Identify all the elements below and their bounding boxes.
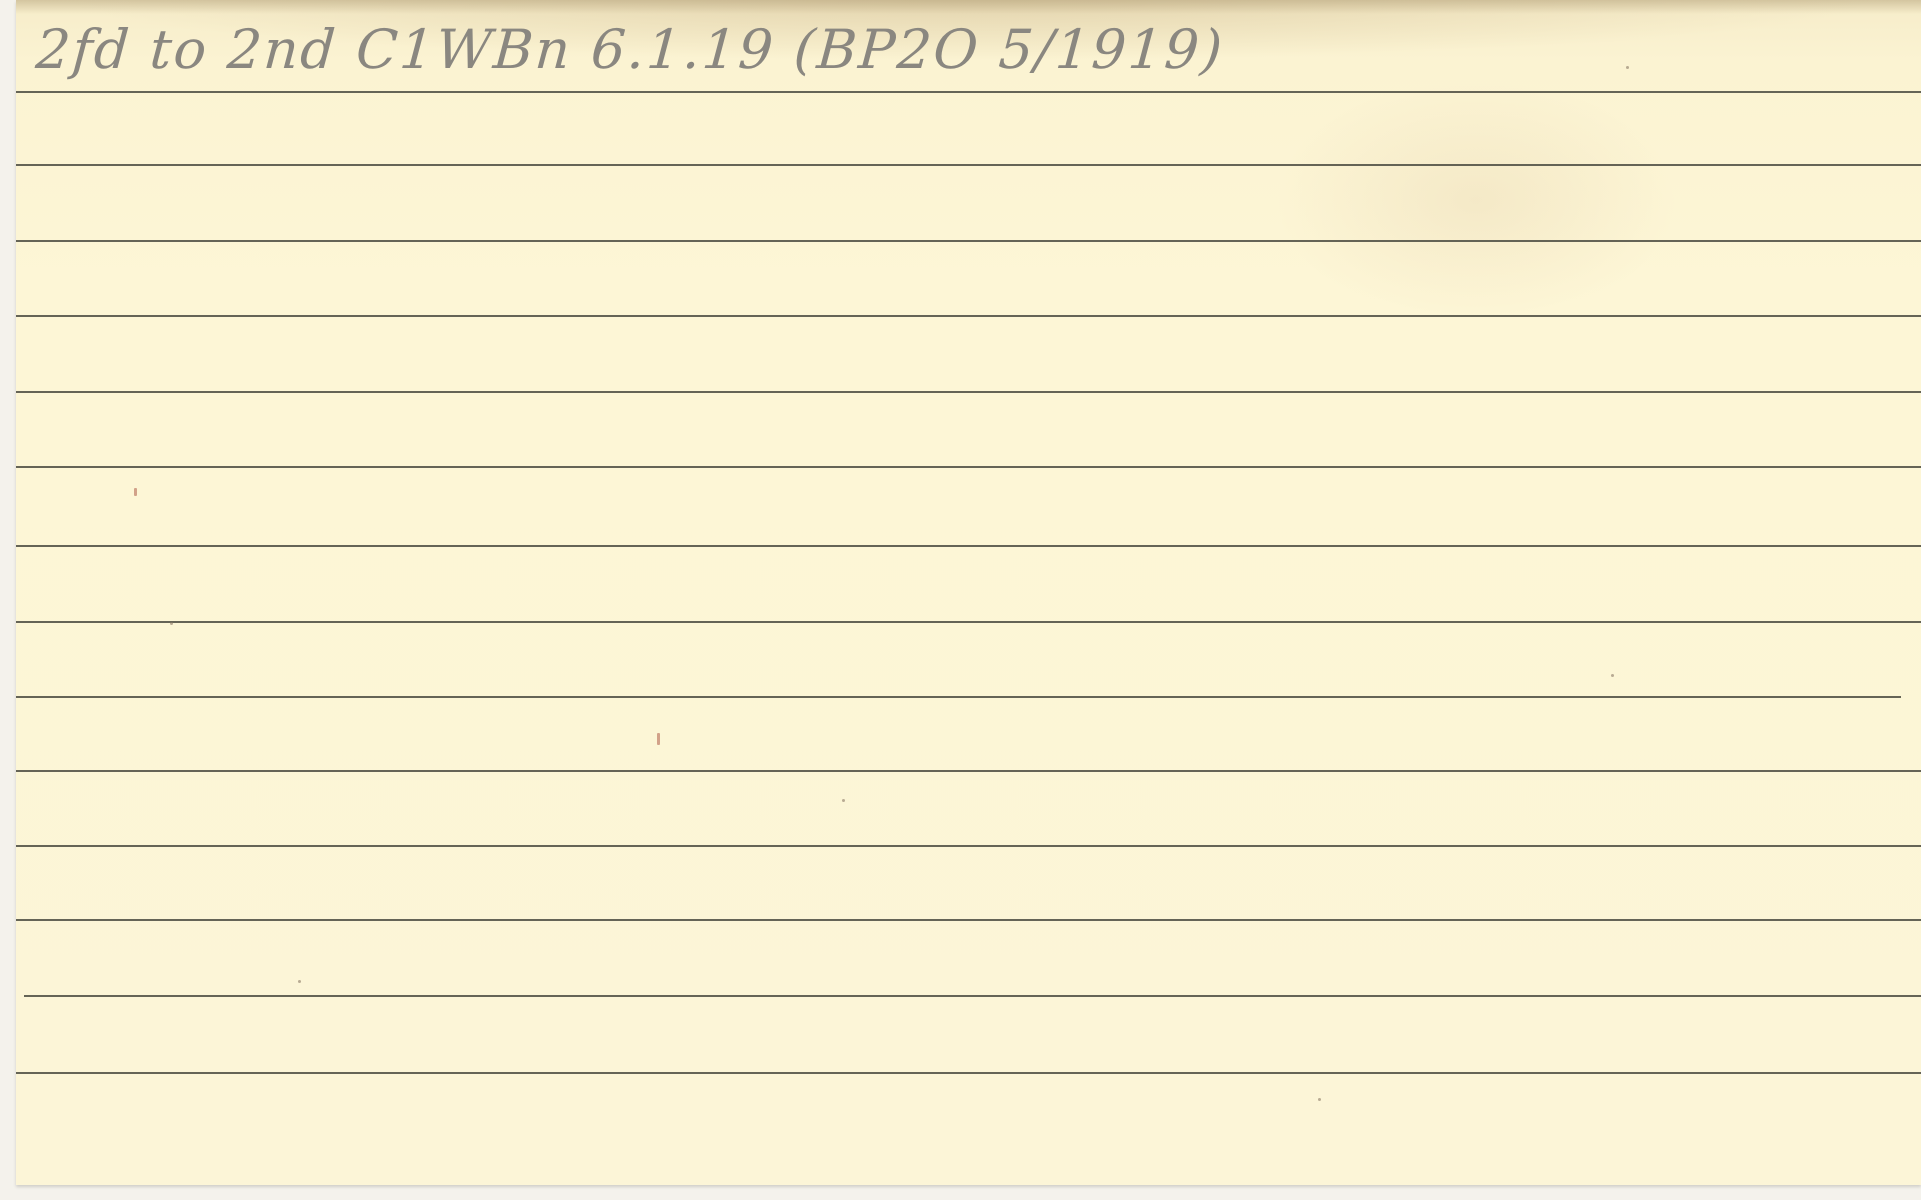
- ruled-line: [16, 240, 1921, 242]
- handwritten-annotation: 2fd to 2nd C1WBn 6.1.19 (BP2O 5/1919): [34, 18, 1226, 81]
- paper-blemish: [298, 980, 301, 983]
- ruled-line: [16, 315, 1921, 317]
- ruled-line: [16, 545, 1921, 547]
- paper-blemish: [170, 622, 173, 625]
- ruled-line: [16, 845, 1921, 847]
- paper-blemish: [842, 799, 845, 802]
- paper-blemish: [1318, 1098, 1321, 1101]
- ruled-line: [16, 164, 1921, 166]
- index-card: 2fd to 2nd C1WBn 6.1.19 (BP2O 5/1919): [16, 0, 1921, 1185]
- ruled-line: [24, 995, 1921, 997]
- paper-blemish: [1626, 66, 1629, 69]
- paper-blemish: [1611, 674, 1614, 677]
- ruled-line: [16, 919, 1921, 921]
- paper-blemish: [657, 733, 660, 745]
- ruled-line: [16, 391, 1921, 393]
- ruled-line: [16, 621, 1921, 623]
- ruled-line: [16, 1072, 1921, 1074]
- ruled-line: [16, 466, 1921, 468]
- ruled-line: [16, 91, 1921, 93]
- ruled-line: [16, 696, 1901, 698]
- ruled-line: [16, 770, 1921, 772]
- paper-blemish: [134, 488, 137, 496]
